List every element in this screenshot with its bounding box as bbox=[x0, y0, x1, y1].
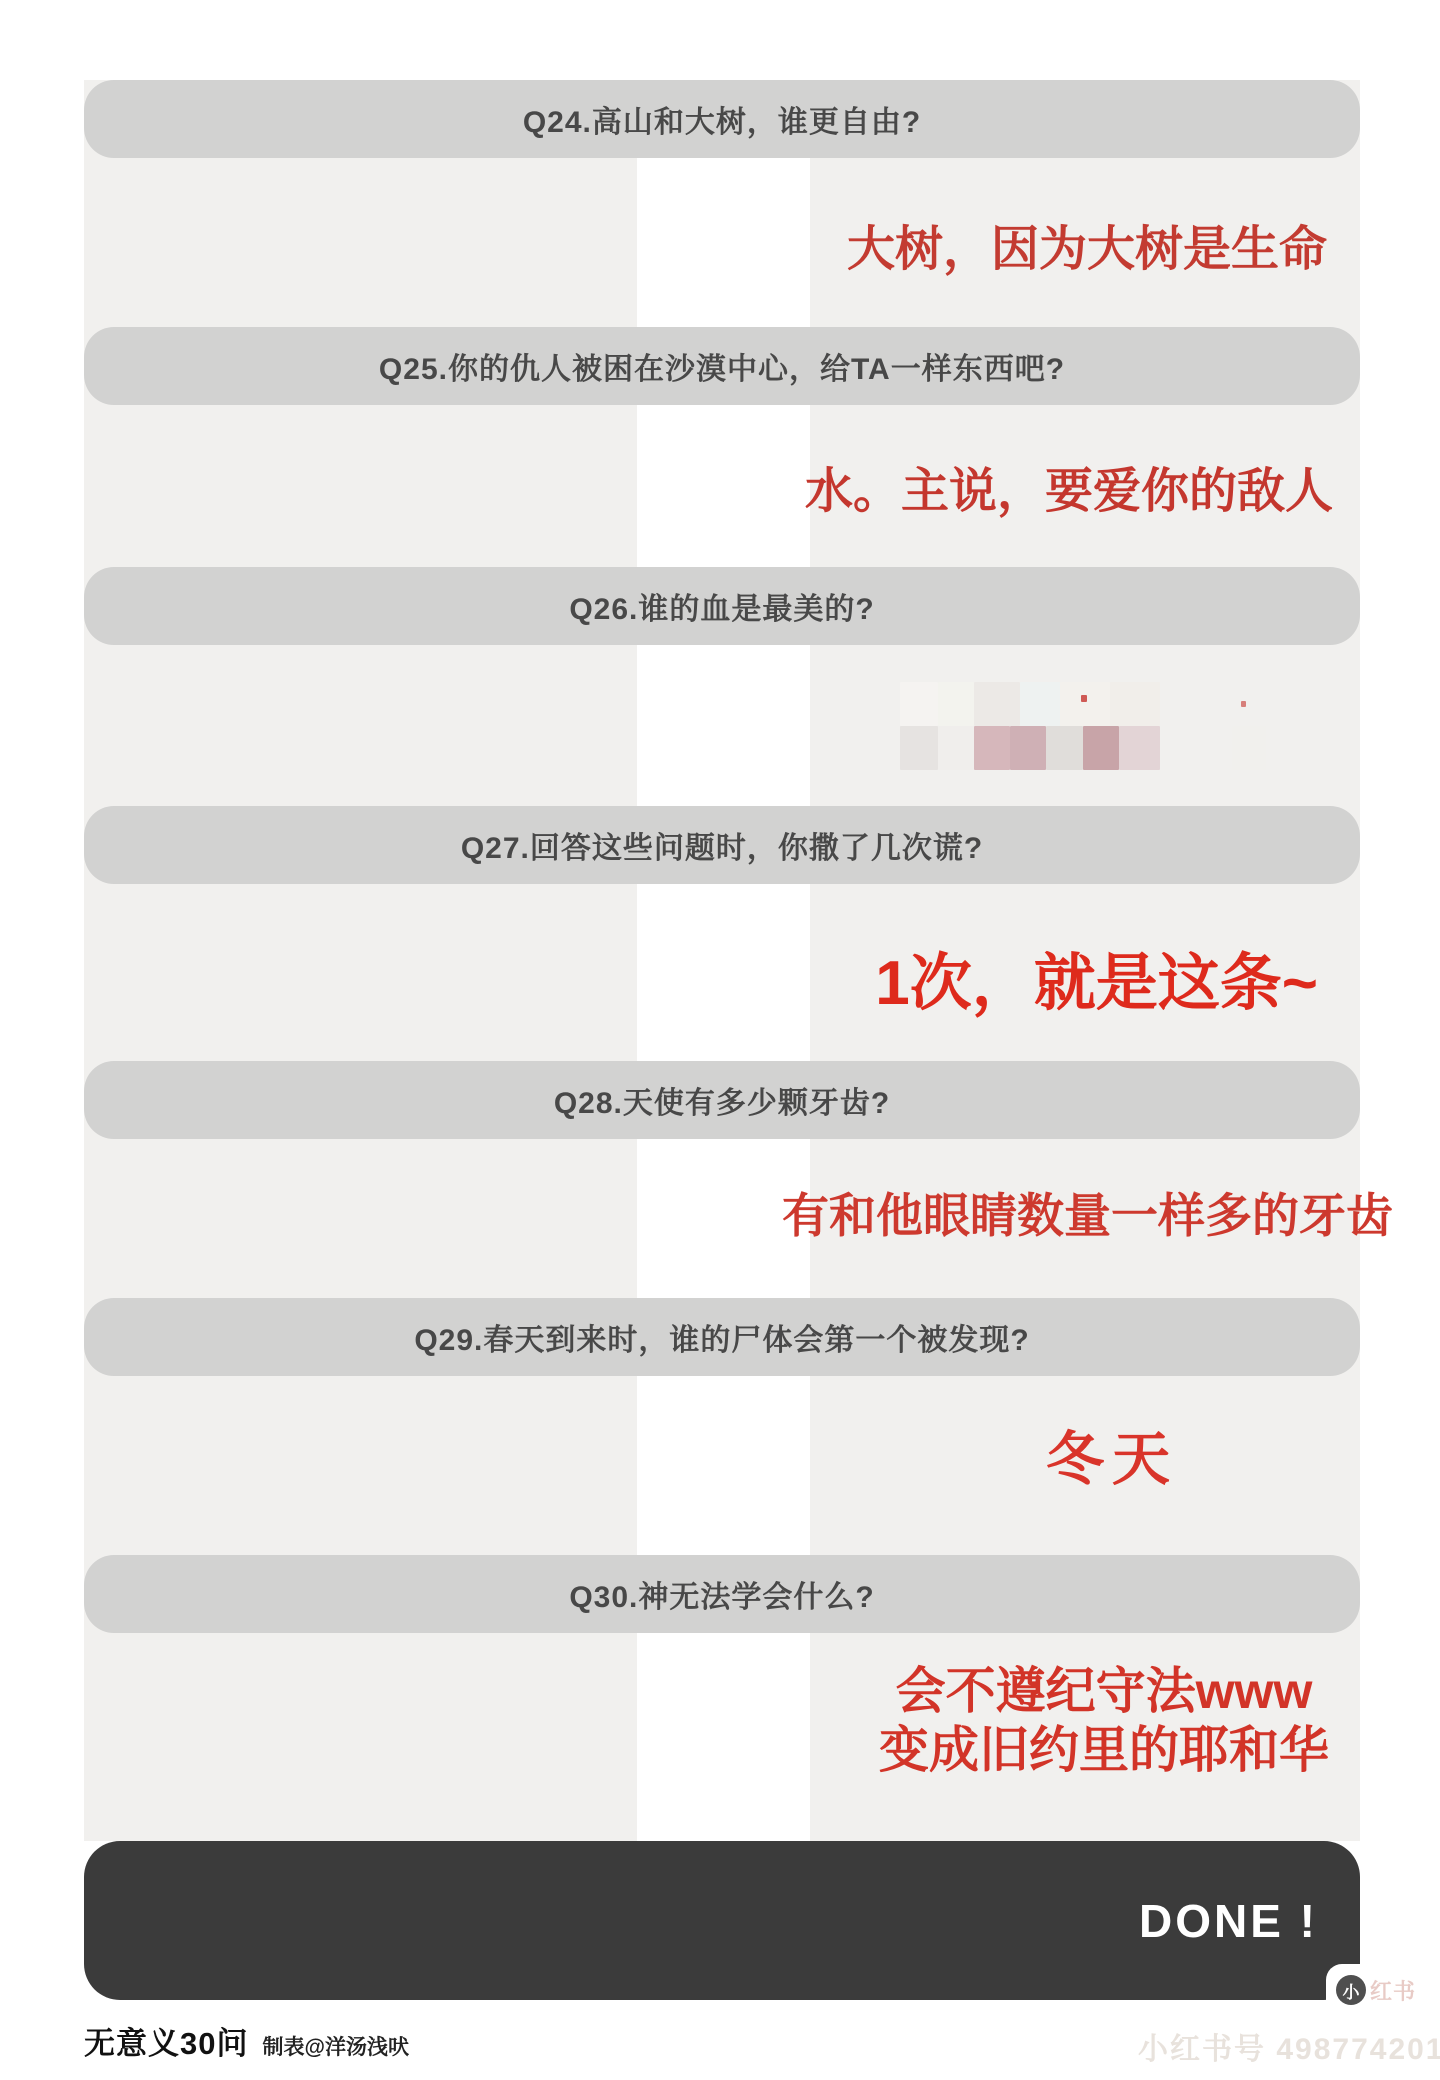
question-label-q24: Q24.高山和大树，谁更自由? bbox=[523, 97, 921, 141]
question-bar-q27: Q27.回答这些问题时，你撒了几次谎? bbox=[84, 806, 1360, 884]
question-bar-q29: Q29.春天到来时，谁的尸体会第一个被发现? bbox=[84, 1298, 1360, 1376]
footer-credit: 制表@洋汤浅吠 bbox=[262, 2031, 408, 2061]
mosaic-block bbox=[1083, 726, 1119, 770]
answer-q27: 1次，就是这条~ bbox=[875, 933, 1318, 1022]
mosaic-block bbox=[1081, 695, 1087, 702]
mosaic-block bbox=[974, 726, 1010, 770]
question-label-q25: Q25.你的仇人被困在沙漠中心，给TA一样东西吧? bbox=[379, 344, 1065, 388]
question-label-q28: Q28.天使有多少颗牙齿? bbox=[554, 1078, 890, 1122]
mosaic-block bbox=[1010, 726, 1046, 770]
mosaic-block bbox=[1060, 682, 1110, 726]
question-label-q26: Q26.谁的血是最美的? bbox=[569, 584, 874, 628]
answer-q28: 有和他眼睛数量一样多的牙齿 bbox=[782, 1179, 1393, 1246]
question-bar-q24: Q24.高山和大树，谁更自由? bbox=[84, 80, 1360, 158]
mosaic-block bbox=[1232, 726, 1266, 770]
question-label-q30: Q30.神无法学会什么? bbox=[569, 1572, 874, 1616]
answer-q29: 冬天 bbox=[1046, 1412, 1178, 1496]
mosaic-block bbox=[1110, 682, 1160, 726]
question-label-q29: Q29.春天到来时，谁的尸体会第一个被发现? bbox=[414, 1315, 1029, 1359]
answer-q25: 水。主说，要爱你的敌人 bbox=[805, 452, 1333, 521]
answer-q30-line1: 会不遵纪守法www bbox=[870, 1662, 1338, 1721]
done-bar: DONE ! bbox=[84, 1841, 1360, 2000]
xiaohongshu-logo-badge: 小 红书 bbox=[1326, 1964, 1426, 2016]
answer-q24: 大树，因为大树是生命 bbox=[847, 210, 1327, 279]
footer: 无意义30问 制表@洋汤浅吠 bbox=[84, 2018, 409, 2063]
footer-title: 无意义30问 bbox=[84, 2018, 248, 2063]
mosaic-block bbox=[1241, 701, 1246, 707]
mosaic-block bbox=[974, 682, 1020, 726]
xiaohongshu-id-watermark: 小红书号 4987742014 bbox=[1138, 2024, 1440, 2068]
mosaic-block bbox=[1020, 682, 1060, 726]
question-bar-q28: Q28.天使有多少颗牙齿? bbox=[84, 1061, 1360, 1139]
mosaic-block bbox=[938, 682, 974, 726]
done-label: DONE ! bbox=[1139, 1894, 1360, 1948]
mosaic-block bbox=[1119, 726, 1160, 770]
question-bar-q26: Q26.谁的血是最美的? bbox=[84, 567, 1360, 645]
censored-answer-mosaic-q26 bbox=[900, 682, 1280, 772]
question-label-q27: Q27.回答这些问题时，你撒了几次谎? bbox=[461, 823, 983, 867]
xiaohongshu-logo-text: 红书 bbox=[1370, 1975, 1416, 2006]
questionnaire-image: Q24.高山和大树，谁更自由? 大树，因为大树是生命 Q25.你的仇人被困在沙漠… bbox=[0, 0, 1440, 2080]
mosaic-block bbox=[1046, 726, 1083, 770]
mosaic-block bbox=[938, 726, 974, 770]
answer-q30: 会不遵纪守法www 变成旧约里的耶和华 bbox=[870, 1662, 1338, 1780]
xiaohongshu-logo-icon: 小 bbox=[1336, 1975, 1366, 2005]
mosaic-block bbox=[900, 682, 938, 726]
mosaic-block bbox=[900, 726, 938, 770]
question-bar-q30: Q30.神无法学会什么? bbox=[84, 1555, 1360, 1633]
answer-q30-line2: 变成旧约里的耶和华 bbox=[870, 1721, 1338, 1780]
question-bar-q25: Q25.你的仇人被困在沙漠中心，给TA一样东西吧? bbox=[84, 327, 1360, 405]
